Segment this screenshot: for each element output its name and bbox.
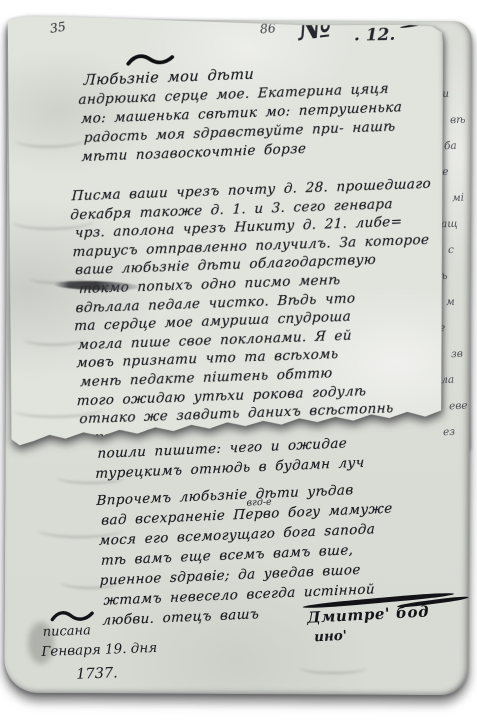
corner-mark: 35 bbox=[49, 19, 67, 36]
page-number-strike bbox=[400, 21, 438, 29]
dateline-written: писана bbox=[43, 623, 92, 640]
edge-text-fragment: зв bbox=[451, 348, 463, 360]
numero-value: . 12. bbox=[354, 25, 396, 46]
edge-text-fragment: ба bbox=[444, 140, 457, 152]
flourish-icon bbox=[126, 52, 174, 68]
bleed-through-mark bbox=[300, 662, 366, 674]
folio-number: 86 bbox=[259, 20, 276, 36]
dateline-year: 1737. bbox=[76, 665, 118, 682]
signature-name-2: ино' bbox=[314, 628, 348, 646]
flourish-icon bbox=[50, 608, 94, 624]
edge-text-fragment: с bbox=[448, 244, 454, 256]
top-sheet: 35 86 № . 12. 210 Любьзніе мои дѣтиандрю… bbox=[6, 8, 450, 456]
numero-sign: № bbox=[296, 8, 334, 48]
salutation-paragraph: Любьзніе мои дѣтиандрюшка серце мое. Ека… bbox=[77, 61, 404, 168]
edge-text-fragment: мі bbox=[452, 192, 464, 204]
interlinear-insertion: вгд-е bbox=[246, 497, 272, 509]
edge-text-fragment: вѣ bbox=[450, 114, 466, 127]
page-number: 210 bbox=[401, 8, 428, 26]
edge-text-fragment: еве bbox=[449, 400, 468, 413]
body-paragraph: Писма ваши чрезъ почту д. 28. прошедшаго… bbox=[69, 176, 439, 449]
manuscript-scan: пошли пишите: чего и ожидаетурецкимъ отн… bbox=[0, 0, 477, 720]
top-sheet-shadow-wrap: 35 86 № . 12. 210 Любьзніе мои дѣтиандрю… bbox=[6, 8, 450, 456]
bleed-through-mark bbox=[15, 131, 85, 148]
